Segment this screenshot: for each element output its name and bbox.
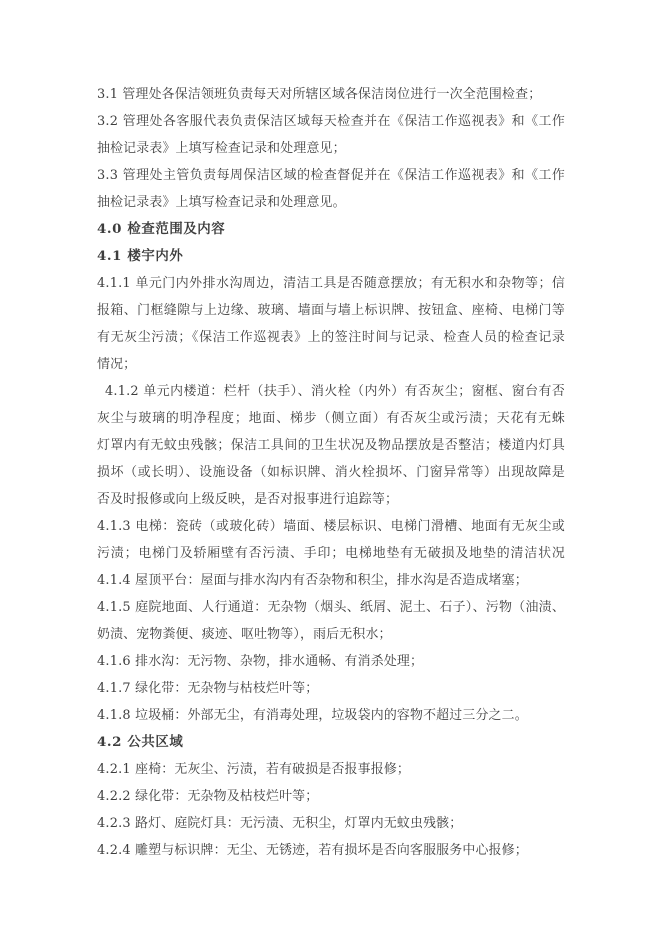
paragraph-4-1-5: 4.1.5 庭院地面、人行通道：无杂物（烟头、纸屑、泥土、石子）、污物（油渍、 bbox=[97, 594, 565, 621]
paragraph-4-1-6: 4.1.6 排水沟：无污物、杂物，排水通畅、有消杀处理； bbox=[97, 648, 565, 675]
heading-4-0: 4.0 检查范围及内容 bbox=[97, 216, 565, 243]
paragraph-3-2: 3.2 管理处各客服代表负责保洁区域每天检查并在《保洁工作巡视表》和《工作 bbox=[97, 108, 565, 135]
paragraph-3-3-cont: 抽检记录表》上填写检查记录和处理意见。 bbox=[97, 189, 565, 216]
heading-4-2: 4.2 公共区域 bbox=[97, 729, 565, 756]
paragraph-3-1: 3.1 管理处各保洁领班负责每天对所辖区域各保洁岗位进行一次全范围检查； bbox=[97, 81, 565, 108]
paragraph-4-2-2: 4.2.2 绿化带：无杂物及枯枝烂叶等； bbox=[97, 783, 565, 810]
paragraph-4-1-7: 4.1.7 绿化带：无杂物与枯枝烂叶等； bbox=[97, 675, 565, 702]
paragraph-4-2-1: 4.2.1 座椅：无灰尘、污渍，若有破损是否报事报修； bbox=[97, 756, 565, 783]
paragraph-4-1-1-cont: 情况； bbox=[97, 351, 565, 378]
paragraph-4-2-4: 4.2.4 雕塑与标识牌：无尘、无锈迹，若有损坏是否向客服服务中心报修； bbox=[97, 837, 565, 864]
paragraph-4-1-3-cont: 污渍；电梯门及轿厢壁有否污渍、手印；电梯地垫有无破损及地垫的清洁状况等； bbox=[97, 540, 565, 567]
paragraph-4-1-2-cont: 否及时报修或向上级反映，是否对报事进行追踪等； bbox=[97, 486, 565, 513]
paragraph-4-1-4: 4.1.4 屋顶平台：屋面与排水沟内有否杂物和积尘，排水沟是否造成堵塞； bbox=[97, 567, 565, 594]
paragraph-3-3: 3.3 管理处主管负责每周保洁区域的检查督促并在《保洁工作巡视表》和《工作 bbox=[97, 162, 565, 189]
paragraph-4-1-1: 4.1.1 单元门内外排水沟周边，清洁工具是否随意摆放；有无积水和杂物等；信 bbox=[97, 270, 565, 297]
paragraph-3-2-cont: 抽检记录表》上填写检查记录和处理意见； bbox=[97, 135, 565, 162]
paragraph-4-1-2-cont: 损坏（或长明）、设施设备（如标识牌、消火栓损坏、门窗异常等）出现故障是 bbox=[97, 459, 565, 486]
paragraph-4-1-3: 4.1.3 电梯：瓷砖（或玻化砖）墙面、楼层标识、电梯门滑槽、地面有无灰尘或 bbox=[97, 513, 565, 540]
paragraph-4-1-1-cont: 有无灰尘污渍；《保洁工作巡视表》上的签注时间与记录、检查人员的检查记录 bbox=[97, 324, 565, 351]
paragraph-4-1-8: 4.1.8 垃圾桶：外部无尘，有消毒处理，垃圾袋内的容物不超过三分之二。 bbox=[97, 702, 565, 729]
heading-4-1: 4.1 楼宇内外 bbox=[97, 243, 565, 270]
paragraph-4-2-3: 4.2.3 路灯、庭院灯具：无污渍、无积尘，灯罩内无蚊虫残骸； bbox=[97, 810, 565, 837]
paragraph-4-1-2-cont: 灰尘与玻璃的明净程度；地面、梯步（侧立面）有否灰尘或污渍；天花有无蛛网； bbox=[97, 405, 565, 432]
document-page: 3.1 管理处各保洁领班负责每天对所辖区域各保洁岗位进行一次全范围检查； 3.2… bbox=[0, 0, 660, 934]
paragraph-4-1-2: 4.1.2 单元内楼道：栏杆（扶手）、消火栓（内外）有否灰尘；窗框、窗台有否 bbox=[97, 378, 565, 405]
document-text-block: 3.1 管理处各保洁领班负责每天对所辖区域各保洁岗位进行一次全范围检查； 3.2… bbox=[97, 81, 565, 864]
paragraph-4-1-1-cont: 报箱、门框缝隙与上边缘、玻璃、墙面与墙上标识牌、按钮盒、座椅、电梯门等 bbox=[97, 297, 565, 324]
paragraph-4-1-2-cont: 灯罩内有无蚊虫残骸；保洁工具间的卫生状况及物品摆放是否整洁；楼道内灯具 bbox=[97, 432, 565, 459]
paragraph-4-1-5-cont: 奶渍、宠物粪便、痰迹、呕吐物等），雨后无积水； bbox=[97, 621, 565, 648]
